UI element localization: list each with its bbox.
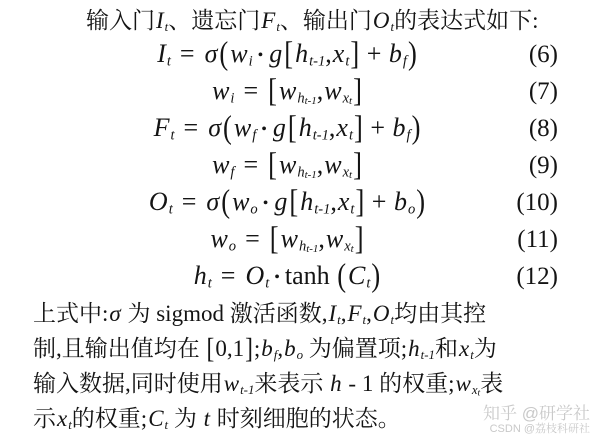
equation-row-8: Ft=σ(wf•g[ht-1,xt] + bf) (8) [0, 110, 600, 147]
equation-row-7: wi=[wht-1,wxt] (7) [0, 73, 600, 110]
equation-row-6: It=σ(wi•g[ht-1,xt] + bf) (6) [0, 36, 600, 73]
watermark-zhihu: 知乎 @研学社 [483, 404, 590, 423]
equation-7-body: wi=[wht-1,wxt] [211, 75, 363, 108]
equation-11-body: wo=[wht-1,wxt] [209, 223, 364, 256]
paragraph-line-2: 制,且输出值均在 [0,1];bf,bo 为偏置项;ht-1和xt为 [33, 331, 580, 366]
equation-9-body: wf=[wht-1,wxt] [211, 149, 363, 182]
paper-page: 输入门It、遗忘门Ft、输出门Ot的表达式如下: It=σ(wi•g[ht-1,… [0, 0, 600, 439]
equation-row-11: wo=[wht-1,wxt] (11) [0, 221, 600, 258]
equation-8-body: Ft=σ(wf•g[ht-1,xt] + bf) [153, 112, 422, 145]
equation-6-number: (6) [529, 41, 558, 69]
watermark-csdn: CSDN @荔枝科研社 [483, 423, 590, 436]
equation-12-body: ht=Ot•tanh (Ct) [193, 260, 382, 293]
equation-row-9: wf=[wht-1,wxt] (9) [0, 147, 600, 184]
equation-row-10: Ot=σ(wo•g[ht-1,xt] + bo) (10) [0, 184, 600, 221]
equation-10-number: (10) [516, 189, 558, 217]
equation-block: It=σ(wi•g[ht-1,xt] + bf) (6) wi=[wht-1,w… [0, 36, 600, 295]
paragraph-line-3: 输入数据,同时使用wt-1来表示 h - 1 的权重;wxt表 [33, 366, 580, 401]
equation-10-body: Ot=σ(wo•g[ht-1,xt] + bo) [148, 186, 426, 219]
equation-11-number: (11) [517, 226, 558, 254]
paragraph-line-1: 上式中:σ 为 sigmod 激活函数,It,Ft,Ot均由其控 [33, 296, 580, 331]
equation-9-number: (9) [529, 152, 558, 180]
equation-8-number: (8) [529, 115, 558, 143]
equation-row-12: ht=Ot•tanh (Ct) (12) [0, 258, 600, 295]
equation-12-number: (12) [516, 263, 558, 291]
equation-7-number: (7) [529, 78, 558, 106]
watermark: 知乎 @研学社 CSDN @荔枝科研社 [483, 404, 590, 436]
equation-6-body: It=σ(wi•g[ht-1,xt] + bf) [156, 38, 418, 71]
